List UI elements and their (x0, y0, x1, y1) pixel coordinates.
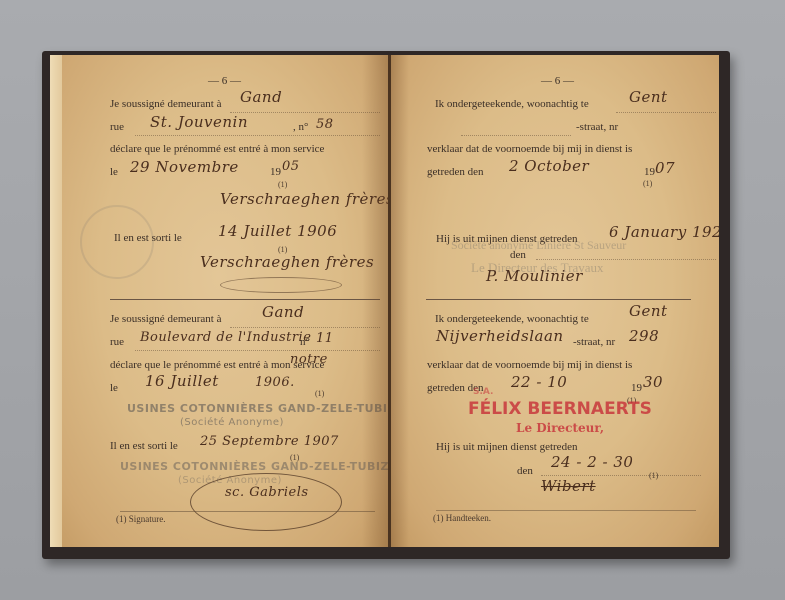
entry-1-year-prefix: 19 (270, 166, 281, 178)
faded-stamp-company: Société anonyme Linière St Sauveur (451, 238, 626, 253)
dotted-line (230, 112, 380, 113)
footnote-mark: (1) (315, 389, 324, 398)
signature-moulinier: P. Moulinier (486, 267, 583, 285)
entry-2-correction: notre (290, 352, 328, 367)
entry-2-exit-label: Hij is uit mijnen dienst getreden (436, 441, 577, 453)
entry-2-number-value: 11 (316, 331, 334, 346)
entry-1-residence-value: Gand (240, 88, 282, 106)
entry-1-street-value: St. Jouvenin (150, 113, 248, 131)
signature-flourish (220, 277, 342, 293)
entry-2-declaration: verklaar dat de voornoemde bij mij in di… (427, 359, 632, 371)
right-page: — 6 — Ik ondergeteekende, woonachtig te … (391, 55, 719, 547)
entry-2-exit-date: 25 Septembre 1907 (200, 434, 339, 449)
entry-1-year-value: 05 (282, 159, 300, 174)
page-number: — 6 — (208, 75, 241, 87)
entry-1-exit-date: 14 Juillet 1906 (218, 222, 337, 240)
signature-gabriels: sc. Gabriels (225, 485, 309, 500)
entry-2-street-label: -straat, nr (573, 336, 615, 348)
page-number: — 6 — (541, 75, 574, 87)
signature-oval (190, 473, 342, 531)
entry-1-declaration: verklaar dat de voornoemde bij mij in di… (427, 143, 632, 155)
footnote-mark: (1) (649, 471, 658, 480)
entry-2-street-value: Boulevard de l'Industrie (140, 330, 311, 345)
dotted-line (135, 350, 380, 351)
red-stamp-company-name: FÉLIX BEERNAERTS (468, 399, 652, 419)
signature-verschraeghen-1: Verschraeghen frères (220, 190, 389, 208)
entry-2-year-value: 30 (643, 373, 663, 391)
entry-1-exit-label: Il en est sorti le (114, 232, 182, 244)
entry-2-residence-label: Ik ondergeteekende, woonachtig te (435, 313, 589, 325)
entry-2-street-label: rue (110, 336, 124, 348)
entry-2-year-prefix: 19 (631, 382, 642, 394)
red-stamp-prefix: S.A. (473, 387, 493, 397)
entry-1-declaration: déclare que le prénommé est entré à mon … (110, 143, 324, 155)
signature-line (436, 510, 696, 511)
entry-1-year-value: 07 (655, 159, 675, 177)
section-divider (426, 299, 691, 300)
entry-1-entry-date: 29 Novembre (130, 158, 239, 176)
entry-1-street-label: -straat, nr (576, 121, 618, 133)
company-stamp-1-type: (Société Anonyme) (180, 417, 284, 428)
red-stamp-title: Le Directeur, (516, 421, 604, 435)
signature-wibert: Wibert (541, 477, 596, 495)
entry-1-residence-label: Je soussigné demeurant à (110, 98, 222, 110)
entry-1-street-label: rue (110, 121, 124, 133)
entry-2-residence-label: Je soussigné demeurant à (110, 313, 222, 325)
dotted-line (541, 475, 701, 476)
entry-2-year: 1906. (255, 375, 295, 390)
entry-2-street-value: Nijverheidslaan (436, 327, 564, 345)
entry-2-entry-date: 16 Juillet (145, 372, 219, 390)
entry-2-date-label: le (110, 382, 118, 394)
footnote-mark: (1) (643, 179, 652, 188)
signature-line (120, 511, 375, 512)
section-divider (110, 299, 380, 300)
footnote-signature: (1) Signature. (116, 514, 166, 524)
entry-2-number-label: n° (300, 336, 310, 348)
entry-1-number-label: , n° (293, 121, 308, 133)
signature-verschraeghen-2: Verschraeghen frères (200, 253, 374, 271)
dotted-line (616, 112, 716, 113)
entry-2-den-label: den (517, 465, 533, 477)
entry-1-residence-value: Gent (629, 88, 668, 106)
entry-1-date-label: getreden den (427, 166, 484, 178)
entry-2-entry-date: 22 - 10 (511, 373, 567, 391)
entry-1-year-prefix: 19 (644, 166, 655, 178)
dotted-line (230, 327, 380, 328)
entry-1-number-value: 58 (316, 117, 334, 132)
company-stamp-1-name: USINES COTONNIÈRES GAND-ZELE-TUBIZE (127, 402, 389, 415)
footnote-mark: (1) (278, 180, 287, 189)
entry-2-residence-value: Gand (262, 303, 304, 321)
entry-2-number-value: 298 (629, 327, 659, 345)
footnote-handteeken: (1) Handteeken. (433, 513, 491, 523)
dotted-line (135, 135, 380, 136)
company-stamp-2-name: USINES COTONNIÈRES GAND-ZELE-TUBIZE (120, 460, 389, 473)
entry-2-exit-date: 24 - 2 - 30 (551, 453, 633, 471)
dotted-line (461, 135, 571, 136)
entry-1-residence-label: Ik ondergeteekende, woonachtig te (435, 98, 589, 110)
left-page: — 6 — Je soussigné demeurant à Gand rue … (50, 55, 389, 547)
entry-2-exit-label: Il en est sorti le (110, 440, 178, 452)
entry-1-entry-date: 2 October (509, 157, 589, 175)
entry-2-residence-value: Gent (629, 302, 668, 320)
entry-1-date-label: le (110, 166, 118, 178)
